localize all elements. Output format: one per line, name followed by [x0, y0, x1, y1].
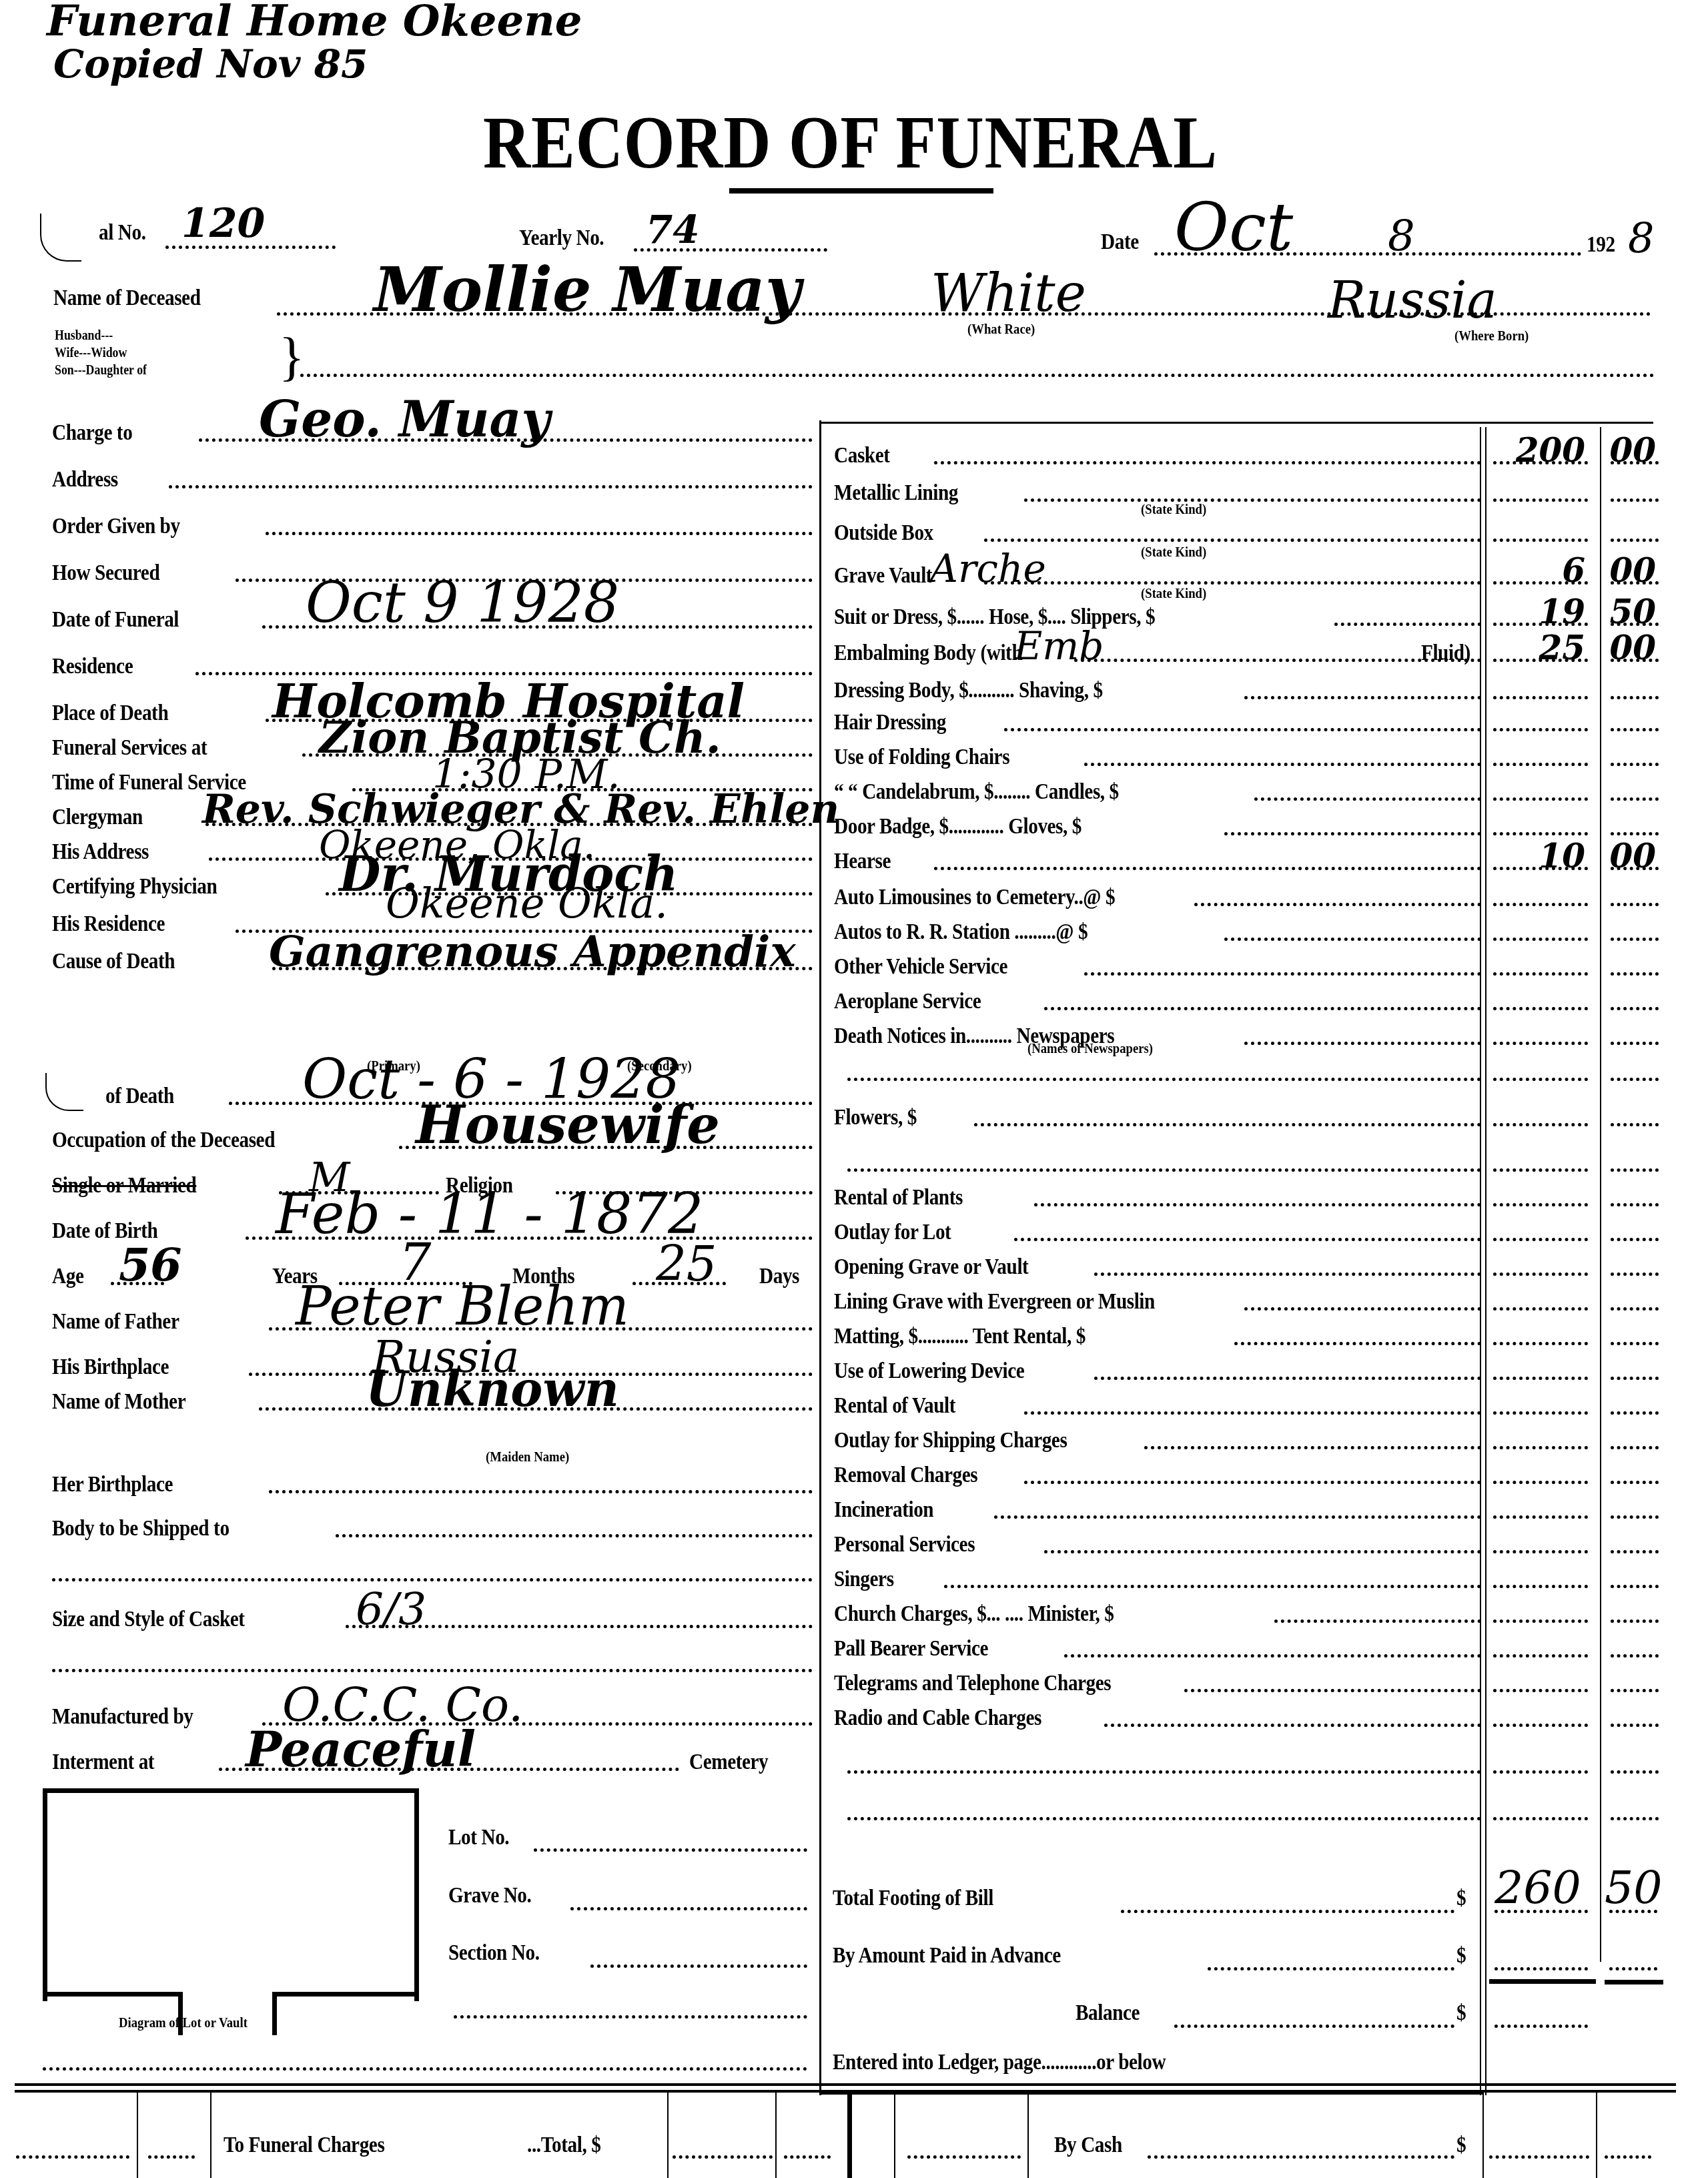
date-label: Date [1101, 230, 1139, 255]
charge-row: Outlay for Lot [834, 1216, 1601, 1245]
charge-cents-cell[interactable] [1605, 775, 1665, 805]
charge-label: Telegrams and Telephone Charges [834, 1671, 1111, 1696]
punch-hole-mark [40, 214, 81, 262]
charge-cents-cell[interactable] [1605, 476, 1665, 506]
charge-cents-cell[interactable] [1605, 1181, 1665, 1210]
charge-cents-cell[interactable] [1605, 985, 1665, 1014]
deceased-birthplace-value[interactable]: Russia [1328, 270, 1497, 330]
lot-diagram-leg-right [272, 1992, 277, 2035]
charge-line [934, 867, 1481, 870]
left-bottom-line[interactable] [43, 2067, 807, 2071]
charge-label: Use of Lowering Device [834, 1359, 1024, 1384]
yearly-number-value[interactable]: 74 [646, 207, 700, 252]
charge-dollars-line [1493, 1307, 1588, 1311]
charge-row [834, 1795, 1601, 1824]
charge-label: Pall Bearer Service [834, 1636, 988, 1662]
charge-line [1194, 903, 1481, 906]
charge-cents-cell[interactable] [1605, 1795, 1665, 1824]
deceased-race-value[interactable]: White [931, 264, 1086, 324]
charge-dollars-line [1493, 1168, 1588, 1172]
charge-caption: (State Kind) [1141, 500, 1206, 518]
birthplace-caption: (Where Born) [1454, 327, 1529, 344]
age-days-value[interactable]: 25 [656, 1236, 717, 1292]
charge-cents-line [1611, 1273, 1659, 1276]
charge-line [1084, 763, 1481, 766]
field-line[interactable] [169, 485, 813, 488]
total-dollars-value[interactable]: 260 [1494, 1862, 1581, 1914]
charge-cents-cell[interactable] [1605, 1320, 1665, 1349]
charge-row: Embalming Body (withFluid)Emb [834, 637, 1601, 666]
charge-cents-cell[interactable] [1605, 1702, 1665, 1731]
charge-line [1024, 498, 1481, 502]
charge-cents-cell[interactable]: 00 [1605, 845, 1665, 874]
charge-dollars-line [1493, 1446, 1588, 1449]
charge-cents-line [1611, 1585, 1659, 1588]
charge-line [1254, 797, 1481, 801]
charge-dollars-cell[interactable] [1488, 1632, 1595, 1662]
by-cash-cents-field[interactable] [1605, 2155, 1651, 2159]
charge-cents-line [1611, 903, 1659, 906]
charge-dollars-line [1493, 1342, 1588, 1345]
charge-row [834, 1146, 1601, 1176]
charge-dollars-line [1493, 1377, 1588, 1380]
charge-cents-cell[interactable] [1605, 1020, 1665, 1049]
charge-cents-cell[interactable] [1605, 1597, 1665, 1627]
advance-currency-symbol: $ [1456, 1943, 1466, 1968]
charge-dollars-cell[interactable] [1488, 741, 1595, 770]
charge-cents-value[interactable]: 00 [1609, 430, 1656, 470]
field-shipped-continuation [52, 1556, 813, 1585]
field-value[interactable]: Gangrenous Appendix [269, 927, 796, 977]
charge-label: “ “ Candelabrum, $........ Candles, $ [834, 779, 1119, 805]
charge-row: Singers [834, 1563, 1601, 1592]
field-label: His Birthplace [52, 1355, 169, 1380]
field-label: Her Birthplace [52, 1472, 173, 1497]
charge-row: Door Badge, $............ Gloves, $ [834, 810, 1601, 839]
charge-cents-line [1611, 1123, 1659, 1126]
charge-dollars-cell[interactable]: 19 [1488, 601, 1595, 630]
charge-cents-cell[interactable] [1605, 1250, 1665, 1280]
charge-cents-cell[interactable] [1605, 1459, 1665, 1488]
charge-dollars-cell[interactable]: 6 [1488, 559, 1595, 589]
charge-line [1224, 938, 1481, 941]
relation-label-husband: Husband--- [55, 327, 113, 344]
charge-cents-line [1611, 1654, 1659, 1658]
charge-dollars-cell[interactable] [1488, 1667, 1595, 1696]
charge-dollars-cell[interactable] [1488, 916, 1595, 945]
charge-dollars-cell[interactable] [1488, 1020, 1595, 1049]
charge-label: Hearse [834, 849, 891, 874]
field-casket-continuation [52, 1647, 813, 1676]
charge-dollars-cell[interactable] [1488, 1285, 1595, 1315]
charge-cents-cell[interactable] [1605, 1101, 1665, 1130]
cemetery-suffix-label: Cemetery [689, 1750, 768, 1775]
charge-dollars-cell[interactable] [1488, 1795, 1595, 1824]
ledger-day-field[interactable] [148, 2155, 195, 2159]
charge-dollars-value[interactable]: 19 [1539, 592, 1585, 631]
charge-dollars-line [1493, 1007, 1588, 1010]
page-title: RECORD OF FUNERAL [483, 100, 1218, 186]
field-value[interactable]: Oct 9 1928 [306, 570, 619, 635]
charge-label: Grave Vault [834, 563, 932, 589]
charge-dollars-value[interactable]: 25 [1539, 628, 1585, 667]
field-name-of-mother: Name of Mother Unknown [52, 1385, 813, 1415]
charge-cents-cell[interactable] [1605, 516, 1665, 546]
column-divider [819, 420, 821, 2095]
charge-cents-line [1611, 1446, 1659, 1449]
charge-dollars-line [1493, 1770, 1588, 1774]
charge-row: Incineration [834, 1493, 1601, 1523]
charge-cents-cell[interactable] [1605, 1528, 1665, 1557]
field-line[interactable] [336, 1534, 813, 1537]
ledger-col-line-2 [210, 2093, 211, 2178]
charge-cents-value[interactable]: 00 [1609, 836, 1656, 875]
charge-cents-cell[interactable] [1605, 706, 1665, 735]
charge-cents-line [1611, 797, 1659, 801]
charge-dollars-line [1493, 1238, 1588, 1241]
charge-line [1004, 728, 1481, 731]
charge-dollars-line [1493, 696, 1588, 699]
race-caption: (What Race) [967, 320, 1035, 338]
charge-cents-line [1611, 1342, 1659, 1345]
charge-cents-line [1611, 1817, 1659, 1820]
charge-dollars-line [1493, 797, 1588, 801]
charge-dollars-line [1493, 1481, 1588, 1484]
field-value[interactable]: Unknown [366, 1361, 619, 1417]
charge-line [847, 1770, 1481, 1774]
charge-cents-value[interactable]: 00 [1609, 551, 1656, 590]
total-cents-value[interactable]: 50 [1605, 1862, 1663, 1914]
bottom-rule-2 [15, 2090, 1676, 2093]
charge-line [1084, 972, 1481, 976]
charge-cents-cell[interactable] [1605, 1146, 1665, 1176]
charge-caption: (Names of Newspapers) [1027, 1040, 1153, 1057]
charge-cents-cell[interactable] [1605, 1389, 1665, 1419]
charge-dollars-cell[interactable] [1488, 706, 1595, 735]
serial-number-value[interactable]: 120 [181, 200, 265, 247]
field-charge-to: Charge to Geo. Muay [52, 416, 813, 446]
charge-row: Dressing Body, $.......... Shaving, $ [834, 674, 1601, 703]
charge-cents-line [1611, 832, 1659, 835]
ledger-col-line-7 [894, 2093, 895, 2178]
field-label: Cause of Death [52, 949, 175, 974]
date-year-prefix: 192 [1587, 232, 1615, 258]
charge-row: Rental of Vault [834, 1389, 1601, 1419]
charge-dollars-cell[interactable] [1488, 1563, 1595, 1592]
field-label: Certifying Physician [52, 874, 217, 899]
charge-label: Outside Box [834, 520, 933, 546]
charge-label: Incineration [834, 1497, 933, 1523]
charge-cents-cell[interactable]: 50 [1605, 601, 1665, 630]
field-value[interactable]: Peaceful [246, 1721, 476, 1778]
field-cause-of-death: Cause of Death Gangrenous Appendix [52, 945, 813, 974]
charge-cents-cell[interactable] [1605, 1355, 1665, 1384]
charge-dollars-line [1493, 1550, 1588, 1553]
field-label: Body to be Shipped to [52, 1516, 230, 1541]
deceased-name-value[interactable]: Mollie Muay [374, 254, 801, 326]
charge-row: “ “ Candelabrum, $........ Candles, $ [834, 775, 1601, 805]
charge-cents-line [1611, 1042, 1659, 1045]
charge-dollars-cell[interactable] [1488, 775, 1595, 805]
charge-label: Suit or Dress, $...... Hose, $.... Slipp… [834, 605, 1155, 630]
charge-label: Outlay for Lot [834, 1220, 951, 1245]
ledger-total-dollars-field[interactable] [673, 2155, 773, 2159]
balance-label: Balance [1076, 2001, 1140, 2026]
charge-cents-cell[interactable] [1605, 1285, 1665, 1315]
charge-cents-cell[interactable] [1605, 1216, 1665, 1245]
field-value[interactable]: Peter Blehm [296, 1275, 629, 1337]
charge-dollars-cell[interactable] [1488, 810, 1595, 839]
balance-line [1174, 2025, 1454, 2028]
by-cash-label: By Cash [1054, 2133, 1122, 2158]
charge-dollars-cell[interactable] [1488, 476, 1595, 506]
charge-dollars-cell[interactable]: 25 [1488, 637, 1595, 666]
to-funeral-charges-label: To Funeral Charges [224, 2133, 384, 2158]
charge-row: Auto Limousines to Cemetery..@ $ [834, 881, 1601, 910]
charge-dollars-value[interactable]: 200 [1516, 430, 1585, 470]
charge-dollars-cell[interactable] [1488, 1181, 1595, 1210]
balance-currency-symbol: $ [1456, 2001, 1466, 2026]
charge-label: Use of Folding Chairs [834, 745, 1009, 770]
charge-cents-cell[interactable]: 00 [1605, 637, 1665, 666]
charge-cents-cell[interactable] [1605, 1056, 1665, 1085]
charge-cents-cell[interactable]: 00 [1605, 439, 1665, 468]
charge-cents-cell[interactable] [1605, 881, 1665, 910]
date-year-suffix[interactable]: 8 [1628, 214, 1654, 262]
field-label: Occupation of the Deceased [52, 1128, 275, 1153]
charge-dollars-line [1493, 538, 1588, 542]
charge-dollars-line [1493, 498, 1588, 502]
charge-row: Pall Bearer Service [834, 1632, 1601, 1662]
charge-line [1034, 1203, 1481, 1206]
charge-cents-line [1611, 1377, 1659, 1380]
charge-label: Autos to R. R. Station .........@ $ [834, 920, 1088, 945]
field-label: His Address [52, 839, 149, 865]
charge-label: Rental of Plants [834, 1185, 963, 1210]
charge-cents-line [1611, 1689, 1659, 1692]
charge-cents-cell[interactable] [1605, 674, 1665, 703]
ledger-col-line-6b [1027, 2093, 1029, 2178]
charge-dollars-cell[interactable] [1488, 985, 1595, 1014]
age-days-label: Days [759, 1264, 799, 1289]
charge-label: Door Badge, $............ Gloves, $ [834, 814, 1082, 839]
charge-dollars-cell[interactable] [1488, 1702, 1595, 1731]
charge-dollars-cell[interactable] [1488, 1320, 1595, 1349]
charge-cents-cell[interactable] [1605, 1493, 1665, 1523]
charge-dollars-cell[interactable] [1488, 516, 1595, 546]
charge-cents-cell[interactable] [1605, 1667, 1665, 1696]
field-value[interactable]: Feb - 11 - 1872 [276, 1181, 703, 1246]
field-line[interactable] [269, 1490, 813, 1493]
charge-line [1234, 1342, 1481, 1345]
charge-line [1024, 1481, 1481, 1484]
ledger-col-line-1 [137, 2093, 138, 2178]
total-footing-line [1121, 1910, 1454, 1913]
charge-dollars-cell[interactable] [1488, 674, 1595, 703]
charge-dollars-cell[interactable] [1488, 881, 1595, 910]
section-number-label: Section No. [448, 1940, 540, 1966]
charge-dollars-cell[interactable] [1488, 1250, 1595, 1280]
charge-row: Flowers, $ [834, 1101, 1601, 1130]
charge-cents-cell[interactable]: 00 [1605, 559, 1665, 589]
charge-kind-value[interactable]: Arche [930, 546, 1046, 591]
advance-dollars-field[interactable] [1494, 1967, 1588, 1970]
charge-cents-line [1611, 696, 1659, 699]
charge-cents-cell[interactable] [1605, 916, 1665, 945]
charge-dollars-cell[interactable] [1488, 1424, 1595, 1453]
ledger-date-field[interactable] [16, 2155, 129, 2159]
ledger-col-line-5 [847, 2093, 852, 2178]
charge-cents-cell[interactable] [1605, 1632, 1665, 1662]
field-label: Name of Mother [52, 1389, 185, 1415]
charge-kind-value[interactable]: Emb [1014, 623, 1104, 669]
advance-paid-line [1208, 1967, 1454, 1970]
charge-dollars-line [1493, 1411, 1588, 1415]
field-address: Address [52, 463, 813, 492]
charge-cents-cell[interactable] [1605, 741, 1665, 770]
ledger-col-line-4 [775, 2093, 777, 2178]
field-label: Charge to [52, 420, 132, 446]
charge-dollars-cell[interactable] [1488, 1355, 1595, 1384]
field-size-style-casket: Size and Style of Casket 6/3 [52, 1603, 813, 1632]
charge-row: Outside Box(State Kind) [834, 516, 1601, 546]
charge-suffix: Fluid) [1421, 641, 1470, 666]
charge-cents-cell[interactable] [1605, 1748, 1665, 1778]
relation-line[interactable] [300, 374, 1655, 377]
section-number-line[interactable] [590, 1964, 807, 1968]
field-her-birthplace: Her Birthplace [52, 1468, 813, 1497]
charge-cents-line [1611, 1307, 1659, 1311]
charge-cents-line [1611, 498, 1659, 502]
charge-label: Metallic Lining [834, 480, 958, 506]
advance-cents-field[interactable] [1609, 1967, 1657, 1970]
field-value[interactable]: Geo. Muay [259, 391, 550, 448]
charge-row: Other Vehicle Service [834, 950, 1601, 980]
charge-label: Casket [834, 443, 890, 468]
charge-line [994, 1515, 1481, 1519]
field-line[interactable] [52, 1578, 813, 1581]
by-cash-line [1148, 2155, 1454, 2159]
charge-label: Outlay for Shipping Charges [834, 1428, 1067, 1453]
field-line[interactable] [52, 1669, 813, 1672]
charge-cents-value[interactable]: 00 [1609, 628, 1656, 667]
charge-row: Death Notices in.......... Newspapers [834, 1020, 1601, 1049]
charge-line [1244, 696, 1481, 699]
charges-top-rule [819, 422, 1653, 424]
field-value[interactable]: 6/3 [356, 1583, 426, 1635]
field-line[interactable] [266, 532, 813, 535]
by-cash-dollars-field[interactable] [1489, 2155, 1589, 2159]
charge-label: Other Vehicle Service [834, 954, 1007, 980]
charge-label: Personal Services [834, 1532, 975, 1557]
charge-dollars-value[interactable]: 6 [1562, 551, 1585, 590]
charge-caption: (State Kind) [1141, 585, 1206, 602]
charge-row: Metallic Lining [834, 476, 1601, 506]
charge-row: Rental of Plants [834, 1181, 1601, 1210]
charge-row: Telegrams and Telephone Charges [834, 1667, 1601, 1696]
ledger-total-cents-field[interactable] [784, 2155, 831, 2159]
charge-label: Auto Limousines to Cemetery..@ $ [834, 885, 1115, 910]
advance-paid-label: By Amount Paid in Advance [833, 1943, 1061, 1968]
charge-cents-cell[interactable] [1605, 810, 1665, 839]
charge-label: Rental of Vault [834, 1393, 955, 1419]
charge-dollars-cell[interactable] [1488, 1528, 1595, 1557]
field-label: Date of Funeral [52, 607, 179, 633]
field-value[interactable]: Housewife [416, 1095, 720, 1156]
field-label: Order Given by [52, 514, 180, 539]
charge-dollars-cell[interactable] [1488, 1216, 1595, 1245]
charge-cents-cell[interactable] [1605, 950, 1665, 980]
lot-diagram-notch-left [43, 1992, 183, 1996]
charge-cents-value[interactable]: 50 [1609, 592, 1656, 631]
charge-dollars-cell[interactable] [1488, 950, 1595, 980]
charge-line [1014, 1238, 1481, 1241]
field-label: Manufactured by [52, 1704, 193, 1730]
charge-label: Singers [834, 1567, 894, 1592]
charge-dollars-line [1493, 1724, 1588, 1727]
field-label: Size and Style of Casket [52, 1607, 245, 1632]
lot-number-line[interactable] [534, 1848, 807, 1852]
charge-row [834, 1748, 1601, 1778]
charge-cents-line [1611, 763, 1659, 766]
charge-line [984, 538, 1481, 542]
charge-dollars-cell[interactable] [1488, 1459, 1595, 1488]
charge-line [1244, 1042, 1481, 1045]
charge-dollars-value[interactable]: 10 [1539, 836, 1585, 875]
field-label: Name of Father [52, 1309, 179, 1335]
charge-dollars-cell[interactable] [1488, 1101, 1595, 1130]
date-day-value[interactable]: 8 [1388, 212, 1415, 262]
field-label: Age [52, 1264, 83, 1289]
charge-row: Suit or Dress, $...... Hose, $.... Slipp… [834, 601, 1601, 630]
charge-dollars-cell[interactable] [1488, 1056, 1595, 1085]
field-date-of-funeral: Date of Funeral Oct 9 1928 [52, 603, 813, 633]
charge-line [1274, 1619, 1481, 1623]
age-years-value[interactable]: 56 [119, 1238, 182, 1292]
total-footing-label: Total Footing of Bill [833, 1886, 993, 1911]
relation-label-son: Son---Daughter of [55, 362, 147, 378]
charge-cents-cell[interactable] [1605, 1563, 1665, 1592]
ledger-cash-date-field[interactable] [907, 2155, 1021, 2159]
charge-dollars-cell[interactable] [1488, 1493, 1595, 1523]
balance-dollars-field[interactable] [1494, 2025, 1588, 2028]
field-value[interactable]: Okeene Okla. [386, 879, 668, 928]
charge-cents-line [1611, 972, 1659, 976]
date-month-value[interactable]: Oct [1174, 188, 1293, 266]
charge-label: Radio and Cable Charges [834, 1706, 1041, 1731]
cemetery-extra-line[interactable] [454, 2015, 807, 2019]
charge-label: Lining Grave with Evergreen or Muslin [834, 1289, 1155, 1315]
charge-line [1184, 1689, 1481, 1692]
charge-dollars-cell[interactable]: 200 [1488, 439, 1595, 468]
charge-dollars-line [1493, 903, 1588, 906]
field-label: Single or Married [52, 1173, 196, 1198]
charge-cents-line [1611, 938, 1659, 941]
charge-dollars-cell[interactable] [1488, 1389, 1595, 1419]
grave-number-line[interactable] [570, 1907, 807, 1910]
title-underline [729, 188, 993, 194]
charge-dollars-cell[interactable] [1488, 1146, 1595, 1176]
lot-diagram-box [43, 1788, 419, 2001]
charge-dollars-cell[interactable] [1488, 1748, 1595, 1778]
charge-dollars-line [1493, 1123, 1588, 1126]
charge-line [1144, 1446, 1481, 1449]
charge-dollars-cell[interactable]: 10 [1488, 845, 1595, 874]
charge-line [934, 461, 1481, 464]
charge-cents-cell[interactable] [1605, 1424, 1665, 1453]
annotation-line-2: Copied Nov 85 [53, 41, 368, 87]
charge-dollars-cell[interactable] [1488, 1597, 1595, 1627]
